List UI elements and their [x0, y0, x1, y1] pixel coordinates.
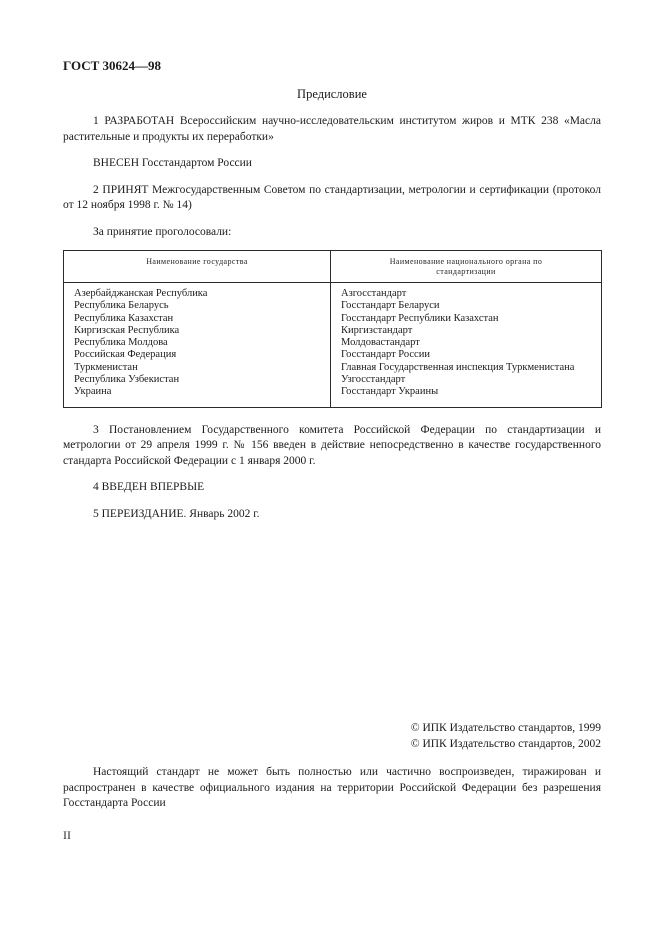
org-name: Главная Государственная инспекция Туркме…	[341, 362, 593, 374]
copyright-line-1999: © ИПК Издательство стандартов, 1999	[63, 720, 601, 736]
org-name: Киргизстандарт	[341, 325, 593, 337]
paragraph-adopted: 2 ПРИНЯТ Межгосударственным Советом по с…	[63, 183, 601, 214]
document-page: ГОСТ 30624—98 Предисловие 1 РАЗРАБОТАН В…	[0, 0, 661, 936]
country-column: Азербайджанская Республика Республика Бе…	[64, 283, 331, 408]
paragraph-developed: 1 РАЗРАБОТАН Всероссийским научно-исслед…	[63, 114, 601, 145]
country-name: Туркменистан	[74, 362, 322, 374]
paragraph-first-introduced: 4 ВВЕДЕН ВПЕРВЫЕ	[63, 480, 601, 496]
country-name: Республика Беларусь	[74, 300, 322, 312]
org-name: Госстандарт Республики Казахстан	[341, 313, 593, 325]
country-name: Украина	[74, 386, 322, 398]
paragraph-submitted: ВНЕСЕН Госстандартом России	[63, 156, 601, 172]
org-name: Узгосстандарт	[341, 374, 593, 386]
country-name: Республика Молдова	[74, 337, 322, 349]
table-header-row: Наименование государства Наименование на…	[64, 251, 602, 283]
blank-space	[63, 522, 601, 720]
country-name: Республика Казахстан	[74, 313, 322, 325]
page-title: Предисловие	[63, 87, 601, 103]
org-name: Госстандарт России	[341, 349, 593, 361]
org-name: Азгосстандарт	[341, 288, 593, 300]
table-header-country: Наименование государства	[64, 251, 331, 283]
paragraph-reissue: 5 ПЕРЕИЗДАНИЕ. Январь 2002 г.	[63, 507, 601, 523]
table-body-row: Азербайджанская Республика Республика Бе…	[64, 283, 602, 408]
paragraph-decree: 3 Постановлением Государственного комите…	[63, 423, 601, 470]
table-header-org: Наименование национального органа по ста…	[331, 251, 602, 283]
org-column: Азгосстандарт Госстандарт Беларуси Госст…	[331, 283, 602, 408]
table-header-country-label: Наименование государства	[146, 257, 248, 267]
country-name: Киргизская Республика	[74, 325, 322, 337]
copyright-block: © ИПК Издательство стандартов, 1999 © ИП…	[63, 720, 601, 752]
country-name: Российская Федерация	[74, 349, 322, 361]
vote-intro: За принятие проголосовали:	[63, 225, 601, 241]
org-name: Молдовастандарт	[341, 337, 593, 349]
org-name: Госстандарт Украины	[341, 386, 593, 398]
country-name: Азербайджанская Республика	[74, 288, 322, 300]
country-name: Республика Узбекистан	[74, 374, 322, 386]
copyright-line-2002: © ИПК Издательство стандартов, 2002	[63, 736, 601, 752]
page-number: II	[63, 828, 601, 844]
reproduction-notice: Настоящий стандарт не может быть полност…	[63, 765, 601, 812]
doc-code: ГОСТ 30624—98	[63, 58, 601, 74]
vote-table: Наименование государства Наименование на…	[63, 250, 602, 408]
org-name: Госстандарт Беларуси	[341, 300, 593, 312]
table-header-org-label: Наименование национального органа по ста…	[371, 257, 561, 277]
